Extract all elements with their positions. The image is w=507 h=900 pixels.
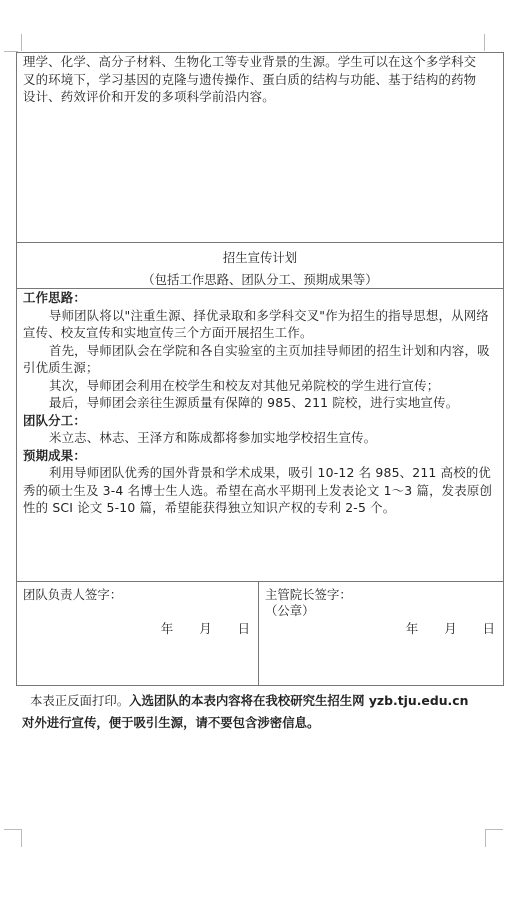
plan-title: 招生宣传计划 — [17, 248, 503, 266]
month-label: 月 — [199, 619, 211, 637]
footnote: 本表正反面打印。入选团队的本表内容将在我校研究生招生网 yzb.tju.edu.… — [24, 690, 494, 734]
description-row: 理学、化学、高分子材料、生物化工等专业背景的生源。学生可以在这个多学科交 叉的环… — [17, 53, 503, 243]
team-leader-signature-label: 团队负责人签字： — [23, 585, 122, 603]
plan-content: 工作思路： 导师团队将以"注重生源、择优录取和多学科交叉"作为招生的指导思想，从… — [17, 289, 503, 517]
footnote-plain: 本表正反面打印。 — [30, 693, 129, 708]
plan-subtitle: （包括工作思路、团队分工、预期成果等） — [17, 270, 503, 288]
dean-date: 年 月 日 — [384, 619, 495, 637]
month-label: 月 — [444, 619, 456, 637]
footnote-bold-continued: 对外进行宣传，便于吸引生源，请不要包含涉密信息。 — [22, 712, 494, 734]
work-paragraph: 导师团队将以"注重生源、择优录取和多学科交叉"作为招生的指导思想，从网络宣传、校… — [23, 307, 497, 342]
crop-mark-bottom-left-v — [21, 829, 22, 847]
plan-content-row: 工作思路： 导师团队将以"注重生源、择优录取和多学科交叉"作为招生的指导思想，从… — [17, 289, 503, 582]
crop-mark-top-right-v — [484, 34, 485, 51]
team-leader-date: 年 月 日 — [139, 619, 250, 637]
description-line: 叉的环境下，学习基因的克隆与遗传操作、蛋白质的结构与功能、基于结构的药物 — [23, 71, 497, 89]
description-line: 设计、药效评价和开发的多项科学前沿内容。 — [23, 88, 497, 106]
work-paragraph: 其次，导师团会利用在校学生和校友对其他兄弟院校的学生进行宣传； — [23, 377, 497, 395]
work-paragraph: 首先，导师团队会在学院和各自实验室的主页加挂导师团的招生计划和内容，吸引优质生源… — [23, 342, 497, 377]
work-paragraph: 最后，导师团会亲往生源质量有保障的 985、211 院校，进行实地宣传。 — [23, 394, 497, 412]
crop-mark-bottom-right-v — [485, 829, 486, 847]
day-label: 日 — [238, 619, 250, 637]
crop-mark-top-left-v — [21, 34, 22, 51]
description-text: 理学、化学、高分子材料、生物化工等专业背景的生源。学生可以在这个多学科交 叉的环… — [17, 53, 503, 106]
crop-mark-bottom-right-h — [485, 829, 503, 830]
result-paragraph: 利用导师团队优秀的国外背景和学术成果，吸引 10-12 名 985、211 高校… — [23, 464, 497, 517]
footnote-bold: 入选团队的本表内容将在我校研究生招生网 yzb.tju.edu.cn — [129, 693, 468, 708]
plan-header-row: 招生宣传计划 （包括工作思路、团队分工、预期成果等） — [17, 243, 503, 289]
team-heading: 团队分工： — [23, 412, 497, 430]
official-seal-label: （公章） — [265, 601, 315, 619]
description-line: 理学、化学、高分子材料、生物化工等专业背景的生源。学生可以在这个多学科交 — [23, 53, 497, 71]
crop-mark-bottom-left-h — [4, 829, 21, 830]
team-paragraph: 米立志、林志、王泽方和陈成都将参加实地学校招生宣传。 — [23, 429, 497, 447]
dean-signature-cell: 主管院长签字： （公章） 年 月 日 — [259, 582, 503, 685]
form-table: 理学、化学、高分子材料、生物化工等专业背景的生源。学生可以在这个多学科交 叉的环… — [16, 52, 504, 686]
team-leader-signature-cell: 团队负责人签字： 年 月 日 — [17, 582, 259, 685]
work-heading: 工作思路： — [23, 289, 497, 307]
day-label: 日 — [483, 619, 495, 637]
year-label: 年 — [161, 619, 173, 637]
year-label: 年 — [406, 619, 418, 637]
result-heading: 预期成果： — [23, 447, 497, 465]
signature-row: 团队负责人签字： 年 月 日 主管院长签字： （公章） 年 月 日 — [17, 582, 503, 685]
